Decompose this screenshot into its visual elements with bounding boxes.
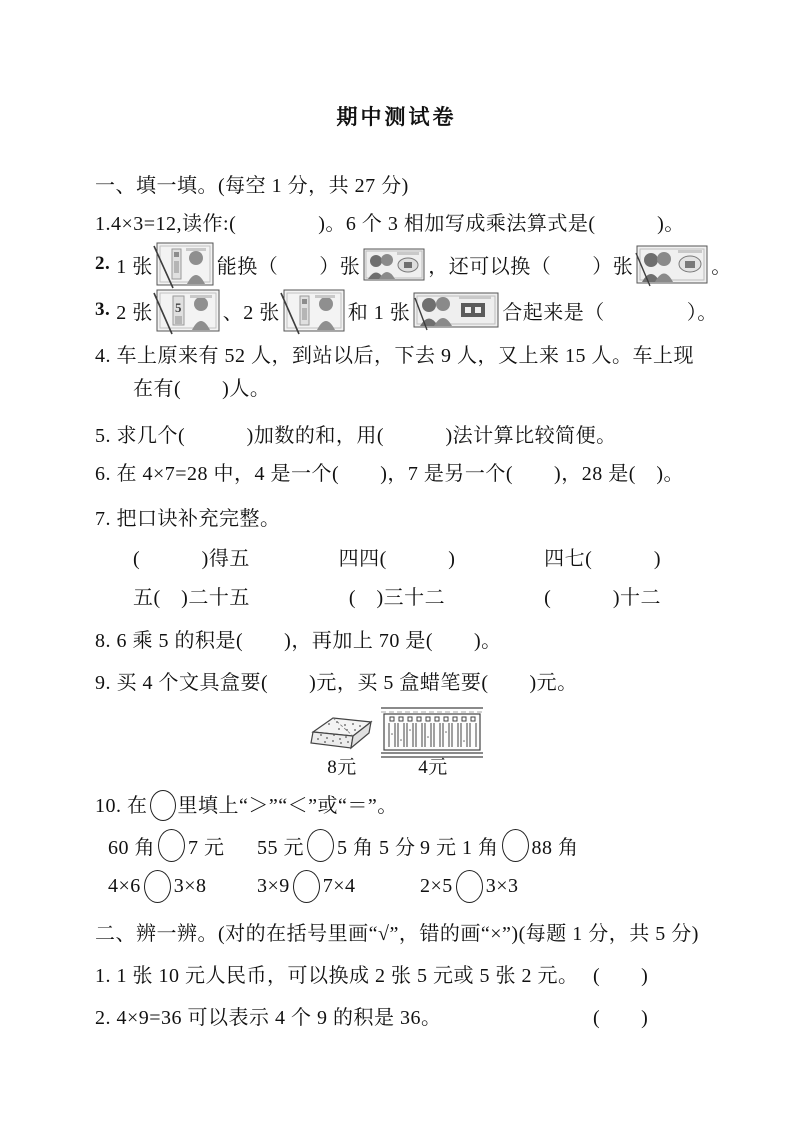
question-1: 1.4×3=12,读作:( )。6 个 3 相加写成乘法算式是( )。	[95, 207, 685, 236]
five-jiao-note-image	[413, 292, 499, 328]
five-yuan-note-image: 5	[156, 289, 220, 332]
comparison-right: 7×4	[323, 875, 356, 898]
section2-question-1: 1. 1 张 10 元人民币，可以换成 2 张 5 元或 5 张 2 元。 ( …	[95, 959, 700, 988]
section2-question-1-text: 1. 1 张 10 元人民币，可以换成 2 张 5 元或 5 张 2 元。	[95, 965, 579, 987]
comparison-item: 9 元 1 角 88 角	[420, 829, 708, 862]
mnemonic-blank: ( )十二	[544, 581, 661, 610]
question-4-line1: 4. 车上原来有 52 人，到站以后，下去 9 人，又上来 15 人。车上现	[95, 339, 694, 368]
comparison-right: 7 元	[188, 831, 225, 860]
comparison-circle	[144, 870, 171, 903]
question-2-seg3: ，还可以换（ ）张	[428, 250, 633, 279]
comparison-circle	[158, 829, 185, 862]
question-7-row1: ( )得五 四四( ) 四七( )	[133, 542, 661, 571]
question-4-line2: 在有( )人。	[133, 372, 270, 401]
question-6: 6. 在 4×7=28 中，4 是一个( )，7 是另一个( )，28 是( )…	[95, 457, 684, 486]
question-2: 2. 1 张 能换（ ）张	[95, 240, 732, 288]
one-yuan-note-image	[283, 289, 345, 332]
question-5: 5. 求几个( )加数的和，用( )法计算比较简便。	[95, 419, 617, 448]
comparison-right: 3×3	[486, 875, 519, 898]
comparison-right: 5 角 5 分	[337, 831, 416, 860]
comparison-left: 2×5	[420, 875, 453, 898]
section2-question-2-text: 2. 4×9=36 可以表示 4 个 9 的积是 36。	[95, 1007, 442, 1029]
comparison-item: 2×5 3×3	[420, 870, 708, 903]
question-10-row2: 4×6 3×8 3×9 7×4 2×5 3×3	[108, 870, 708, 903]
question-10-heading: 10. 在里填上“＞”“＜”或“＝”。	[95, 789, 398, 821]
mnemonic-blank: 五( )二十五	[133, 581, 250, 610]
comparison-item: 60 角 7 元	[108, 829, 257, 862]
one-jiao-note-image	[636, 245, 708, 284]
question-3-seg2: 、2 张	[223, 296, 280, 325]
question-9: 9. 买 4 个文具盒要( )元，买 5 盒蜡笔要( )元。	[95, 666, 578, 695]
question-3-seg1: 2 张	[116, 296, 153, 325]
mnemonic-blank: 四四( )	[339, 542, 456, 571]
section1-heading: 一、填一填。(每空 1 分，共 27 分)	[95, 169, 409, 198]
question-10-pre: 10. 在	[95, 795, 148, 817]
question-3-number: 3.	[95, 299, 110, 321]
mnemonic-blank: 四七( )	[544, 542, 661, 571]
one-yuan-note-image	[156, 242, 214, 286]
five-jiao-note-image	[363, 248, 425, 281]
mnemonic-blank: ( )得五	[133, 542, 250, 571]
question-2-number: 2.	[95, 253, 110, 275]
question-3-seg3: 和 1 张	[348, 296, 411, 325]
question-10-row1: 60 角 7 元 55 元 5 角 5 分 9 元 1 角 88 角	[108, 829, 708, 862]
question-3-seg4: 合起来是（ ）。	[502, 296, 718, 325]
comparison-circle	[456, 870, 483, 903]
question-2-seg4: 。	[711, 250, 732, 279]
comparison-item: 4×6 3×8	[108, 870, 257, 903]
comparison-circle	[150, 790, 176, 821]
comparison-circle	[502, 829, 529, 862]
five-yuan-denomination: 5	[175, 300, 182, 315]
question-8: 8. 6 乘 5 的积是( )，再加上 70 是( )。	[95, 624, 502, 653]
page-title: 期中测试卷	[0, 101, 793, 131]
section2-heading: 二、辨一辨。(对的在括号里画“√”，错的画“×”)(每题 1 分，共 5 分)	[95, 917, 699, 946]
comparison-right: 3×8	[174, 875, 207, 898]
crayons-price: 4元	[398, 752, 468, 779]
comparison-left: 3×9	[257, 875, 290, 898]
comparison-left: 60 角	[108, 831, 155, 860]
question-2-seg2: 能换（ ）张	[217, 250, 361, 279]
comparison-left: 55 元	[257, 831, 304, 860]
comparison-left: 9 元 1 角	[420, 831, 499, 860]
comparison-circle	[307, 829, 334, 862]
comparison-item: 55 元 5 角 5 分	[257, 829, 420, 862]
question-2-seg1: 1 张	[116, 250, 153, 279]
answer-blank: ( )	[593, 1001, 648, 1030]
mnemonic-blank: ( )三十二	[349, 581, 445, 610]
comparison-item: 3×9 7×4	[257, 870, 420, 903]
question-7-heading: 7. 把口诀补充完整。	[95, 502, 281, 531]
test-paper-page: 期中测试卷 一、填一填。(每空 1 分，共 27 分) 1.4×3=12,读作:…	[0, 0, 793, 1122]
section2-question-2: 2. 4×9=36 可以表示 4 个 9 的积是 36。 ( )	[95, 1001, 700, 1030]
comparison-left: 4×6	[108, 875, 141, 898]
comparison-right: 88 角	[532, 831, 579, 860]
answer-blank: ( )	[593, 959, 648, 988]
comparison-circle	[293, 870, 320, 903]
pencil-case-price: 8元	[318, 752, 366, 779]
question-7-row2: 五( )二十五 ( )三十二 ( )十二	[133, 581, 661, 610]
question-10-post: 里填上“＞”“＜”或“＝”。	[178, 795, 398, 817]
question-3: 3. 2 张 5 、2 张	[95, 287, 718, 333]
